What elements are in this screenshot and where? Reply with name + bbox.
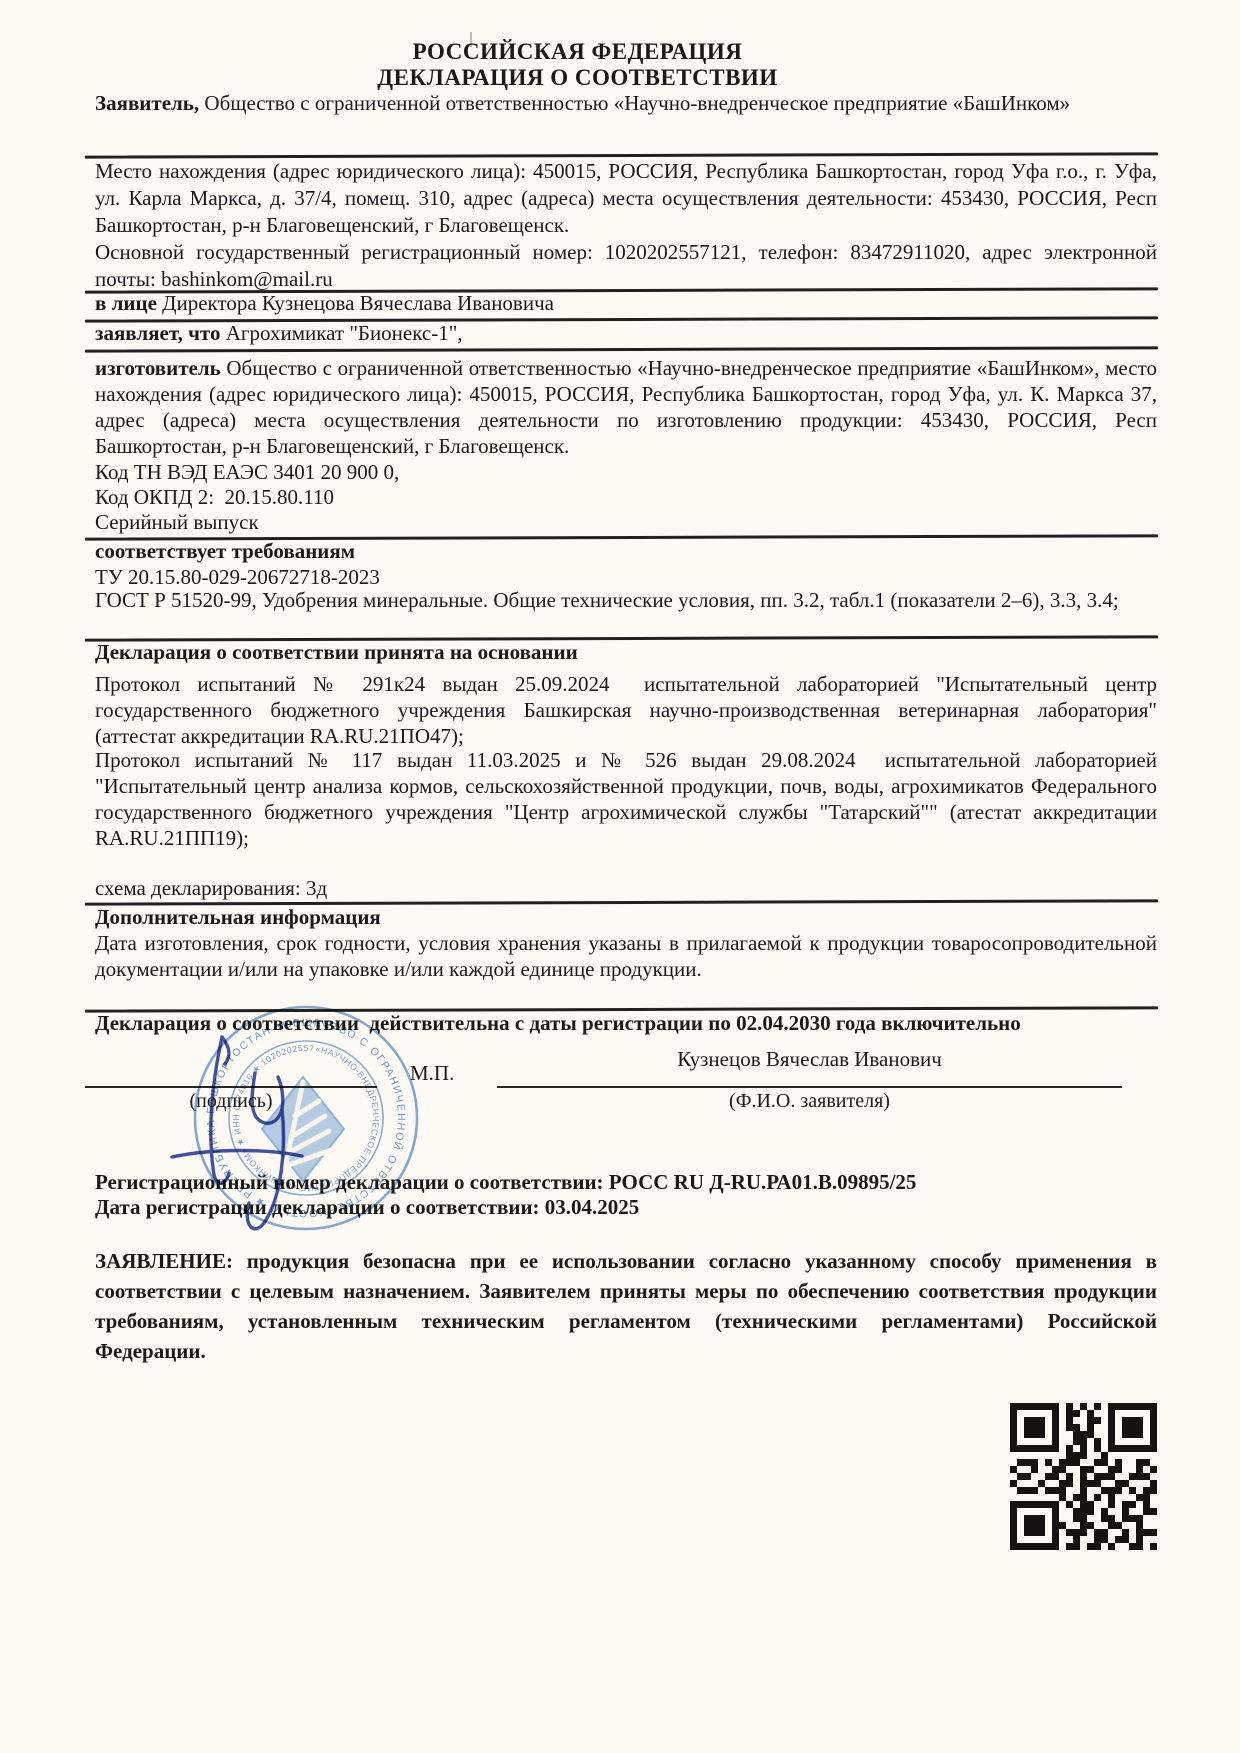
qr-module [1150,1543,1157,1550]
qr-module [1150,1452,1157,1459]
qr-module [1094,1445,1101,1452]
qr-module [1024,1431,1031,1438]
qr-module [1080,1529,1087,1536]
qr-module [1108,1424,1115,1431]
qr-module [1024,1543,1031,1550]
qr-module [1031,1417,1038,1424]
qr-module [1010,1410,1017,1417]
qr-module [1073,1543,1080,1550]
qr-module [1094,1508,1101,1515]
qr-module [1073,1410,1080,1417]
qr-module [1059,1417,1066,1424]
qr-module [1108,1410,1115,1417]
qr-module [1087,1522,1094,1529]
qr-module [1108,1431,1115,1438]
qr-module [1017,1522,1024,1529]
qr-module [1143,1480,1150,1487]
qr-module [1108,1515,1115,1522]
qr-module [1108,1508,1115,1515]
qr-module [1059,1480,1066,1487]
qr-module [1108,1445,1115,1452]
qr-module [1136,1494,1143,1501]
requirements-heading: соответствует требованиям [95,538,1157,565]
qr-module [1066,1522,1073,1529]
qr-module [1052,1529,1059,1536]
qr-module [1087,1466,1094,1473]
qr-module [1115,1459,1122,1466]
qr-module [1101,1494,1108,1501]
qr-module [1101,1487,1108,1494]
applicant-text: Общество с ограниченной ответственностью… [199,91,1070,115]
qr-module [1136,1522,1143,1529]
statement-paragraph: ЗАЯВЛЕНИЕ: продукция безопасна при ее ис… [95,1246,1157,1366]
qr-module [1059,1431,1066,1438]
qr-module [1017,1529,1024,1536]
qr-module [1101,1473,1108,1480]
qr-module [1059,1494,1066,1501]
qr-module [1122,1452,1129,1459]
qr-module [1024,1501,1031,1508]
qr-module [1038,1445,1045,1452]
qr-module [1010,1522,1017,1529]
qr-module [1010,1494,1017,1501]
qr-module [1143,1515,1150,1522]
qr-module [1045,1536,1052,1543]
qr-module [1122,1473,1129,1480]
qr-module [1129,1410,1136,1417]
qr-module [1101,1438,1108,1445]
qr-module [1066,1403,1073,1410]
applicant-label: Заявитель, [95,91,199,115]
qr-module [1052,1543,1059,1550]
qr-module [1010,1480,1017,1487]
qr-module [1087,1417,1094,1424]
qr-module [1150,1501,1157,1508]
qr-module [1136,1536,1143,1543]
qr-module [1136,1543,1143,1550]
qr-module [1094,1452,1101,1459]
qr-module [1080,1508,1087,1515]
qr-module [1108,1494,1115,1501]
registration-date-line: Дата регистрации декларации о соответств… [95,1195,1157,1220]
qr-module [1122,1417,1129,1424]
qr-module [1017,1536,1024,1543]
qr-module [1136,1529,1143,1536]
qr-module [1010,1536,1017,1543]
qr-module [1045,1424,1052,1431]
qr-module [1094,1501,1101,1508]
qr-module [1038,1410,1045,1417]
qr-module [1094,1480,1101,1487]
qr-module [1136,1452,1143,1459]
qr-module [1024,1466,1031,1473]
qr-module [1052,1410,1059,1417]
qr-module [1136,1410,1143,1417]
qr-module [1045,1466,1052,1473]
qr-module [1115,1543,1122,1550]
qr-module [1150,1445,1157,1452]
qr-module [1010,1515,1017,1522]
qr-module [1080,1501,1087,1508]
qr-module [1052,1445,1059,1452]
qr-module [1080,1473,1087,1480]
qr-module [1108,1473,1115,1480]
qr-module [1094,1529,1101,1536]
qr-module [1031,1536,1038,1543]
qr-module [1136,1480,1143,1487]
qr-module [1066,1515,1073,1522]
qr-module [1087,1501,1094,1508]
qr-module [1136,1424,1143,1431]
qr-module [1129,1452,1136,1459]
qr-module [1066,1445,1073,1452]
qr-module [1101,1410,1108,1417]
qr-module [1087,1473,1094,1480]
qr-module [1080,1403,1087,1410]
qr-module [1024,1494,1031,1501]
okpd-code-line: Код ОКПД 2: 20.15.80.110 [95,484,1157,511]
qr-module [1122,1529,1129,1536]
qr-module [1101,1515,1108,1522]
qr-module [1087,1536,1094,1543]
qr-module [1080,1431,1087,1438]
qr-module [1136,1501,1143,1508]
qr-module [1017,1424,1024,1431]
qr-module [1073,1508,1080,1515]
qr-module [1143,1403,1150,1410]
qr-module [1108,1452,1115,1459]
qr-module [1052,1508,1059,1515]
qr-module [1122,1543,1129,1550]
qr-module [1073,1417,1080,1424]
qr-module [1017,1438,1024,1445]
qr-module [1024,1522,1031,1529]
qr-module [1031,1487,1038,1494]
qr-module [1080,1445,1087,1452]
qr-module [1045,1417,1052,1424]
qr-module [1143,1431,1150,1438]
qr-module [1017,1410,1024,1417]
declares-label: заявляет, что [95,321,220,345]
qr-module [1087,1543,1094,1550]
qr-module [1101,1417,1108,1424]
qr-module [1122,1438,1129,1445]
qr-module [1073,1459,1080,1466]
qr-module [1073,1445,1080,1452]
qr-module [1129,1403,1136,1410]
qr-module [1122,1494,1129,1501]
qr-module [1080,1459,1087,1466]
qr-module [1024,1417,1031,1424]
qr-module [1115,1473,1122,1480]
qr-module [1115,1536,1122,1543]
qr-module [1101,1536,1108,1543]
qr-module [1129,1515,1136,1522]
qr-module [1031,1515,1038,1522]
qr-module [1129,1508,1136,1515]
qr-module [1094,1466,1101,1473]
qr-module [1150,1438,1157,1445]
qr-module [1031,1494,1038,1501]
qr-module [1052,1403,1059,1410]
qr-module [1024,1480,1031,1487]
qr-module [1129,1543,1136,1550]
qr-module [1115,1403,1122,1410]
qr-module [1038,1403,1045,1410]
qr-module [1080,1515,1087,1522]
qr-module [1059,1466,1066,1473]
qr-module [1038,1522,1045,1529]
qr-module [1087,1494,1094,1501]
qr-module [1073,1452,1080,1459]
qr-module [1101,1452,1108,1459]
qr-module [1038,1438,1045,1445]
qr-module [1045,1508,1052,1515]
qr-module [1031,1529,1038,1536]
qr-module [1143,1410,1150,1417]
qr-module [1115,1431,1122,1438]
qr-module [1038,1466,1045,1473]
qr-module [1143,1543,1150,1550]
tu-standard-line: ТУ 20.15.80-029-20672718-2023 [95,564,1157,591]
qr-module [1010,1403,1017,1410]
qr-module [1052,1501,1059,1508]
qr-module [1066,1459,1073,1466]
qr-module [1094,1487,1101,1494]
qr-module [1150,1529,1157,1536]
qr-module [1122,1410,1129,1417]
additional-info-heading: Дополнительная информация [95,904,1157,931]
ogrn-paragraph: Основной государственный регистрационный… [95,239,1157,293]
qr-module [1143,1438,1150,1445]
qr-module [1143,1487,1150,1494]
qr-module [1045,1431,1052,1438]
qr-module [1045,1459,1052,1466]
qr-module [1087,1515,1094,1522]
qr-module [1108,1417,1115,1424]
qr-module [1066,1501,1073,1508]
qr-module [1024,1438,1031,1445]
qr-module [1017,1403,1024,1410]
qr-module [1010,1473,1017,1480]
qr-module [1094,1403,1101,1410]
qr-module [1031,1543,1038,1550]
qr-module [1094,1473,1101,1480]
qr-module [1122,1445,1129,1452]
qr-module [1031,1508,1038,1515]
qr-module [1031,1501,1038,1508]
qr-module [1045,1487,1052,1494]
qr-module [1066,1508,1073,1515]
qr-module [1094,1438,1101,1445]
qr-module [1017,1487,1024,1494]
qr-module [1017,1480,1024,1487]
qr-module [1129,1473,1136,1480]
qr-module [1038,1473,1045,1480]
qr-module [1136,1508,1143,1515]
qr-module [1010,1501,1017,1508]
qr-module [1115,1508,1122,1515]
qr-module [1024,1487,1031,1494]
qr-module [1024,1424,1031,1431]
qr-module [1059,1459,1066,1466]
qr-module [1136,1438,1143,1445]
qr-module [1087,1403,1094,1410]
qr-module [1122,1508,1129,1515]
qr-module [1108,1480,1115,1487]
qr-module [1108,1487,1115,1494]
qr-module [1108,1459,1115,1466]
qr-module [1150,1508,1157,1515]
qr-module [1038,1508,1045,1515]
qr-module [1010,1452,1017,1459]
qr-module [1129,1438,1136,1445]
qr-module [1087,1508,1094,1515]
qr-module [1080,1494,1087,1501]
qr-module [1080,1410,1087,1417]
qr-module [1080,1543,1087,1550]
qr-module [1045,1452,1052,1459]
qr-module [1024,1529,1031,1536]
qr-module [1045,1501,1052,1508]
qr-module [1017,1508,1024,1515]
qr-module [1066,1417,1073,1424]
name-line [497,1086,1122,1088]
qr-module [1024,1452,1031,1459]
qr-module [1087,1487,1094,1494]
qr-module [1122,1501,1129,1508]
qr-module [1143,1508,1150,1515]
qr-module [1122,1487,1129,1494]
qr-module [1073,1522,1080,1529]
declaration-scheme-line: схема декларирования: 3д [95,875,1157,902]
qr-module [1038,1431,1045,1438]
qr-module [1059,1445,1066,1452]
validity-line: Декларация о соответствии действительна … [95,1010,1157,1037]
qr-module [1129,1529,1136,1536]
qr-module [1143,1466,1150,1473]
qr-module [1059,1522,1066,1529]
qr-module [1024,1515,1031,1522]
qr-module [1010,1424,1017,1431]
qr-module [1115,1438,1122,1445]
qr-module [1080,1522,1087,1529]
qr-module [1150,1522,1157,1529]
qr-module [1045,1445,1052,1452]
qr-module [1031,1403,1038,1410]
qr-module [1094,1543,1101,1550]
qr-module [1094,1431,1101,1438]
qr-module [1115,1445,1122,1452]
qr-module [1115,1480,1122,1487]
qr-module [1066,1543,1073,1550]
qr-module [1038,1543,1045,1550]
qr-module [1010,1445,1017,1452]
qr-module [1052,1536,1059,1543]
qr-module [1122,1536,1129,1543]
qr-module [1066,1424,1073,1431]
declares-text: Агрохимикат "Бионекс-1", [220,321,462,345]
qr-module [1066,1410,1073,1417]
qr-module [1087,1438,1094,1445]
qr-module [1031,1438,1038,1445]
qr-module [1073,1515,1080,1522]
qr-module [1101,1543,1108,1550]
qr-module [1073,1473,1080,1480]
qr-module [1059,1508,1066,1515]
qr-module [1101,1480,1108,1487]
qr-module [1038,1536,1045,1543]
applicant-paragraph: Заявитель, Общество с ограниченной ответ… [95,89,1157,117]
qr-module [1129,1487,1136,1494]
signer-name: Кузнецов Вячеслав Иванович [497,1046,1122,1073]
qr-module [1017,1515,1024,1522]
qr-module [1045,1473,1052,1480]
qr-module [1038,1487,1045,1494]
qr-module [1094,1459,1101,1466]
qr-module [1136,1417,1143,1424]
qr-module [1066,1480,1073,1487]
protocol-2-paragraph: Протокол испытаний № 117 выдан 11.03.202… [95,747,1157,851]
qr-module [1038,1480,1045,1487]
qr-module [1073,1529,1080,1536]
qr-module [1136,1515,1143,1522]
qr-module [1059,1438,1066,1445]
qr-module [1010,1417,1017,1424]
qr-module [1122,1424,1129,1431]
qr-module [1087,1459,1094,1466]
manufacturer-text: Общество с ограниченной ответственностью… [95,356,1157,458]
qr-module [1143,1459,1150,1466]
section-divider [85,346,1158,352]
qr-module [1031,1480,1038,1487]
qr-module [1017,1473,1024,1480]
qr-module [1150,1515,1157,1522]
qr-module [1087,1410,1094,1417]
qr-module [1080,1466,1087,1473]
qr-module [1017,1501,1024,1508]
qr-module [1066,1536,1073,1543]
qr-module [1052,1515,1059,1522]
qr-module [1073,1536,1080,1543]
qr-module [1059,1536,1066,1543]
qr-module [1073,1494,1080,1501]
qr-module [1129,1494,1136,1501]
qr-module [1052,1452,1059,1459]
signature-line [85,1086,377,1088]
qr-module [1073,1480,1080,1487]
qr-module [1087,1431,1094,1438]
mp-label: М.П. [410,1060,454,1087]
qr-module [1024,1473,1031,1480]
qr-module [1094,1410,1101,1417]
qr-module [1115,1515,1122,1522]
qr-module [1059,1515,1066,1522]
qr-module [1080,1417,1087,1424]
qr-module [1129,1431,1136,1438]
qr-module [1094,1417,1101,1424]
qr-module [1017,1466,1024,1473]
qr-module [1101,1466,1108,1473]
qr-module [1024,1459,1031,1466]
qr-module [1136,1473,1143,1480]
qr-module [1073,1438,1080,1445]
document-header: РОССИЙСКАЯ ФЕДЕРАЦИЯ ДЕКЛАРАЦИЯ О СООТВЕ… [85,39,1070,91]
qr-module [1143,1522,1150,1529]
qr-module [1150,1480,1157,1487]
qr-code [1010,1403,1157,1550]
qr-module [1094,1424,1101,1431]
